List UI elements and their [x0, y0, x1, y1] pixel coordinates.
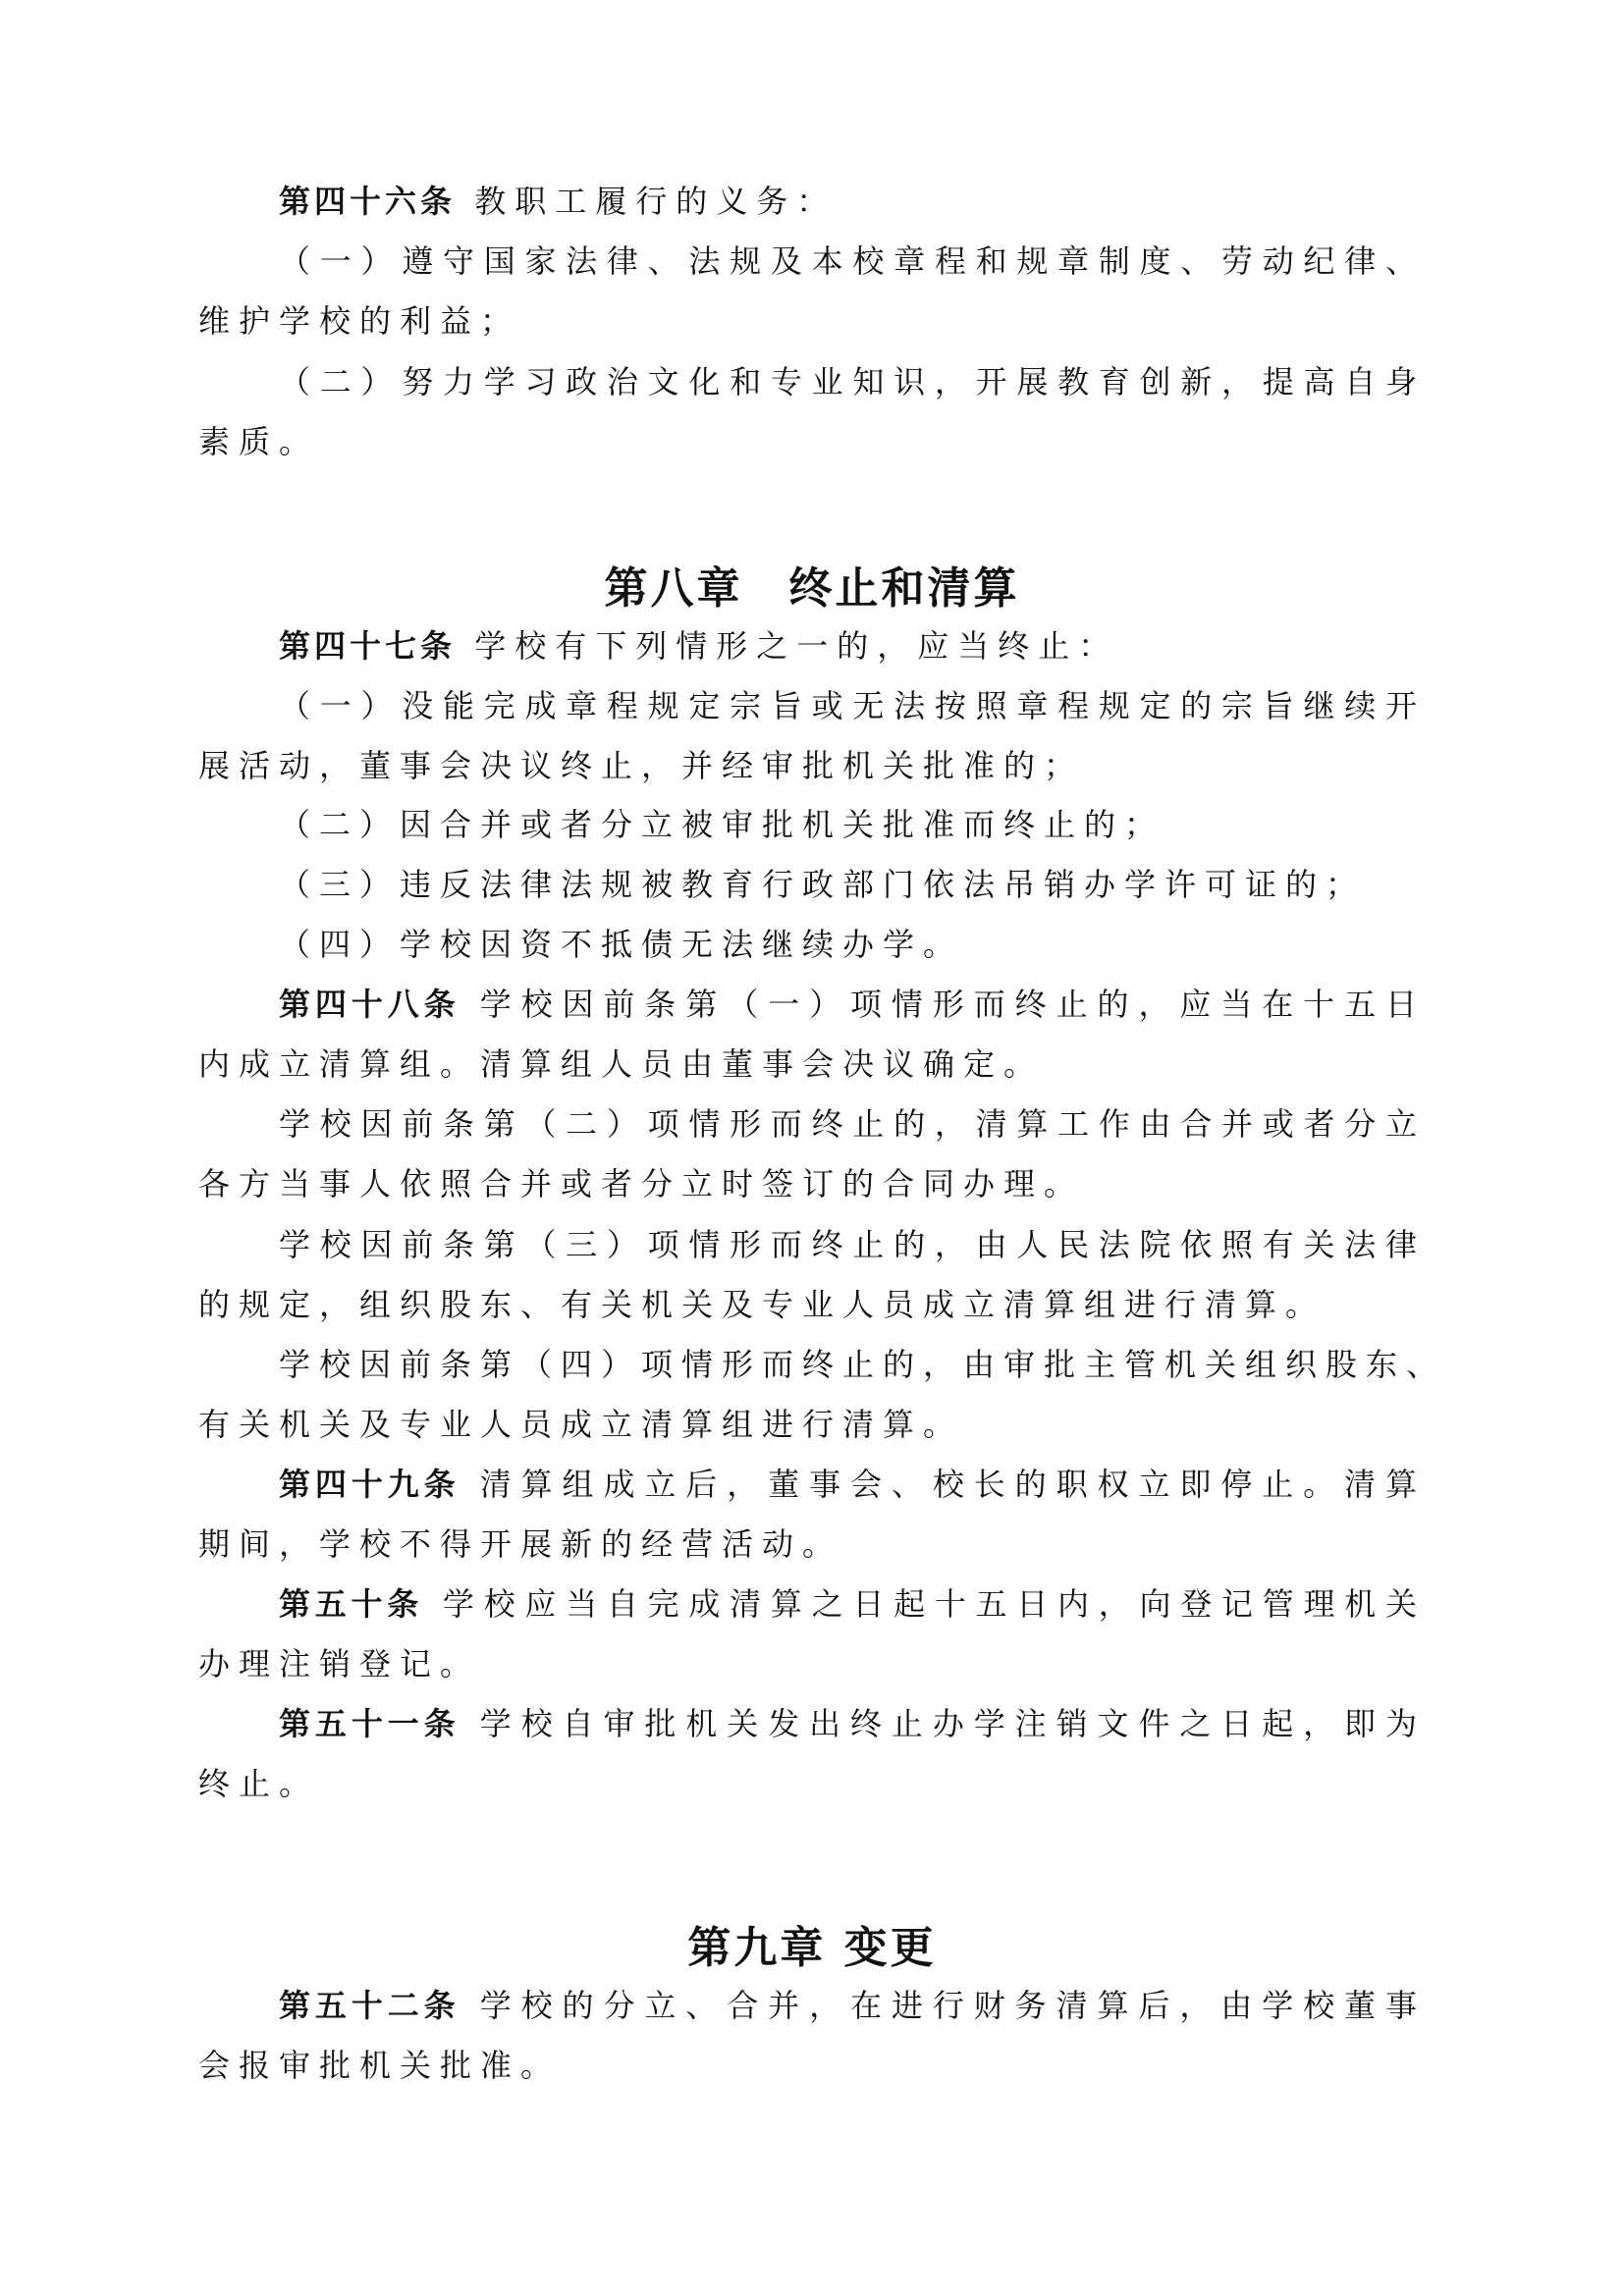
- paragraph-line: （四）学校因资不抵债无法继续办学。: [279, 915, 963, 975]
- article-number: 第四十八条: [279, 986, 460, 1023]
- line-text: （二）因合并或者分立被审批机关批准而终止的；: [279, 806, 1164, 843]
- article-line: 第四十七条 学校有下列情形之一的，应当终止：: [279, 616, 1118, 676]
- paragraph-line: 有关机关及专业人员成立清算组进行清算。: [198, 1395, 963, 1455]
- line-text: （三）违反法律法规被教育行政部门依法吊销办学许可证的；: [279, 866, 1366, 903]
- line-text: 教职工履行的义务：: [456, 183, 837, 220]
- line-text: （二）努力学习政治文化和专业知识，开展教育创新，提高自身: [279, 363, 1426, 400]
- line-text: 有关机关及专业人员成立清算组进行清算。: [198, 1406, 963, 1443]
- line-text: （四）学校因资不抵债无法继续办学。: [279, 926, 963, 963]
- paragraph-line: （二）因合并或者分立被审批机关批准而终止的；: [279, 795, 1164, 855]
- article-number: 第五十一条: [279, 1705, 460, 1742]
- article-line: 第五十一条 学校自审批机关发出终止办学注销文件之日起，即为: [279, 1694, 1426, 1754]
- line-text: 维护学校的利益；: [198, 302, 520, 340]
- paragraph-line: 终止。: [198, 1754, 319, 1814]
- chapter-heading: 第九章 变更: [0, 1917, 1624, 1980]
- paragraph-line: 展活动，董事会决议终止，并经审批机关批准的；: [198, 736, 1084, 796]
- paragraph-line: 素质。: [198, 412, 319, 472]
- paragraph-line: 办理注销登记。: [198, 1634, 480, 1694]
- line-text: 学校因前条第（三）项情形而终止的，由人民法院依照有关法律: [279, 1226, 1426, 1263]
- chapter-heading: 第八章 终止和清算: [0, 558, 1624, 620]
- line-text: 学校自审批机关发出终止办学注销文件之日起，即为: [460, 1705, 1426, 1742]
- line-text: 清算组成立后，董事会、校长的职权立即停止。清算: [460, 1466, 1426, 1503]
- paragraph-line: 学校因前条第（三）项情形而终止的，由人民法院依照有关法律: [279, 1215, 1426, 1275]
- article-number: 第五十条: [279, 1585, 423, 1623]
- paragraph-line: 的规定，组织股东、有关机关及专业人员成立清算组进行清算。: [198, 1275, 1326, 1335]
- document-page: 第八章 终止和清算 第九章 变更 第四十六条 教职工履行的义务：（一）遵守国家法…: [0, 0, 1624, 2296]
- paragraph-line: 学校因前条第（二）项情形而终止的，清算工作由合并或者分立: [279, 1095, 1426, 1154]
- line-text: 学校有下列情形之一的，应当终止：: [456, 627, 1118, 665]
- line-text: （一）没能完成章程规定宗旨或无法按照章程规定的宗旨继续开: [279, 687, 1426, 724]
- article-number: 第四十九条: [279, 1466, 460, 1503]
- paragraph-line: （一）没能完成章程规定宗旨或无法按照章程规定的宗旨继续开: [279, 676, 1426, 736]
- paragraph-line: 学校因前条第（四）项情形而终止的，由审批主管机关组织股东、: [279, 1335, 1426, 1395]
- paragraph-line: 期间，学校不得开展新的经营活动。: [198, 1515, 842, 1575]
- line-text: 学校应当自完成清算之日起十五日内，向登记管理机关: [423, 1585, 1426, 1623]
- article-number: 第四十七条: [279, 627, 456, 665]
- line-text: （一）遵守国家法律、法规及本校章程和规章制度、劳动纪律、: [279, 242, 1426, 280]
- paragraph-line: 会报审批机关批准。: [198, 2036, 561, 2096]
- line-text: 的规定，组织股东、有关机关及专业人员成立清算组进行清算。: [198, 1286, 1326, 1323]
- paragraph-line: 各方当事人依照合并或者分立时签订的合同办理。: [198, 1154, 1084, 1214]
- article-line: 第四十九条 清算组成立后，董事会、校长的职权立即停止。清算: [279, 1455, 1426, 1515]
- paragraph-line: 内成立清算组。清算组人员由董事会决议确定。: [198, 1035, 1044, 1095]
- paragraph-line: （三）违反法律法规被教育行政部门依法吊销办学许可证的；: [279, 855, 1366, 915]
- line-text: 学校的分立、合并，在进行财务清算后，由学校董事: [460, 1987, 1426, 2024]
- article-line: 第四十八条 学校因前条第（一）项情形而终止的，应当在十五日: [279, 975, 1426, 1035]
- line-text: 终止。: [198, 1765, 319, 1802]
- article-line: 第五十条 学校应当自完成清算之日起十五日内，向登记管理机关: [279, 1575, 1426, 1634]
- line-text: 各方当事人依照合并或者分立时签订的合同办理。: [198, 1165, 1084, 1202]
- line-text: 展活动，董事会决议终止，并经审批机关批准的；: [198, 747, 1084, 784]
- article-number: 第五十二条: [279, 1987, 460, 2024]
- paragraph-line: （二）努力学习政治文化和专业知识，开展教育创新，提高自身: [279, 352, 1426, 412]
- paragraph-line: 维护学校的利益；: [198, 292, 520, 351]
- line-text: 内成立清算组。清算组人员由董事会决议确定。: [198, 1045, 1044, 1083]
- line-text: 素质。: [198, 423, 319, 460]
- article-line: 第四十六条 教职工履行的义务：: [279, 172, 837, 232]
- line-text: 学校因前条第（一）项情形而终止的，应当在十五日: [460, 986, 1426, 1023]
- article-number: 第四十六条: [279, 183, 456, 220]
- line-text: 办理注销登记。: [198, 1645, 480, 1682]
- paragraph-line: （一）遵守国家法律、法规及本校章程和规章制度、劳动纪律、: [279, 232, 1426, 292]
- line-text: 会报审批机关批准。: [198, 2047, 561, 2084]
- line-text: 期间，学校不得开展新的经营活动。: [198, 1525, 842, 1563]
- line-text: 学校因前条第（四）项情形而终止的，由审批主管机关组织股东、: [279, 1346, 1446, 1383]
- line-text: 学校因前条第（二）项情形而终止的，清算工作由合并或者分立: [279, 1105, 1426, 1143]
- article-line: 第五十二条 学校的分立、合并，在进行财务清算后，由学校董事: [279, 1976, 1426, 2036]
